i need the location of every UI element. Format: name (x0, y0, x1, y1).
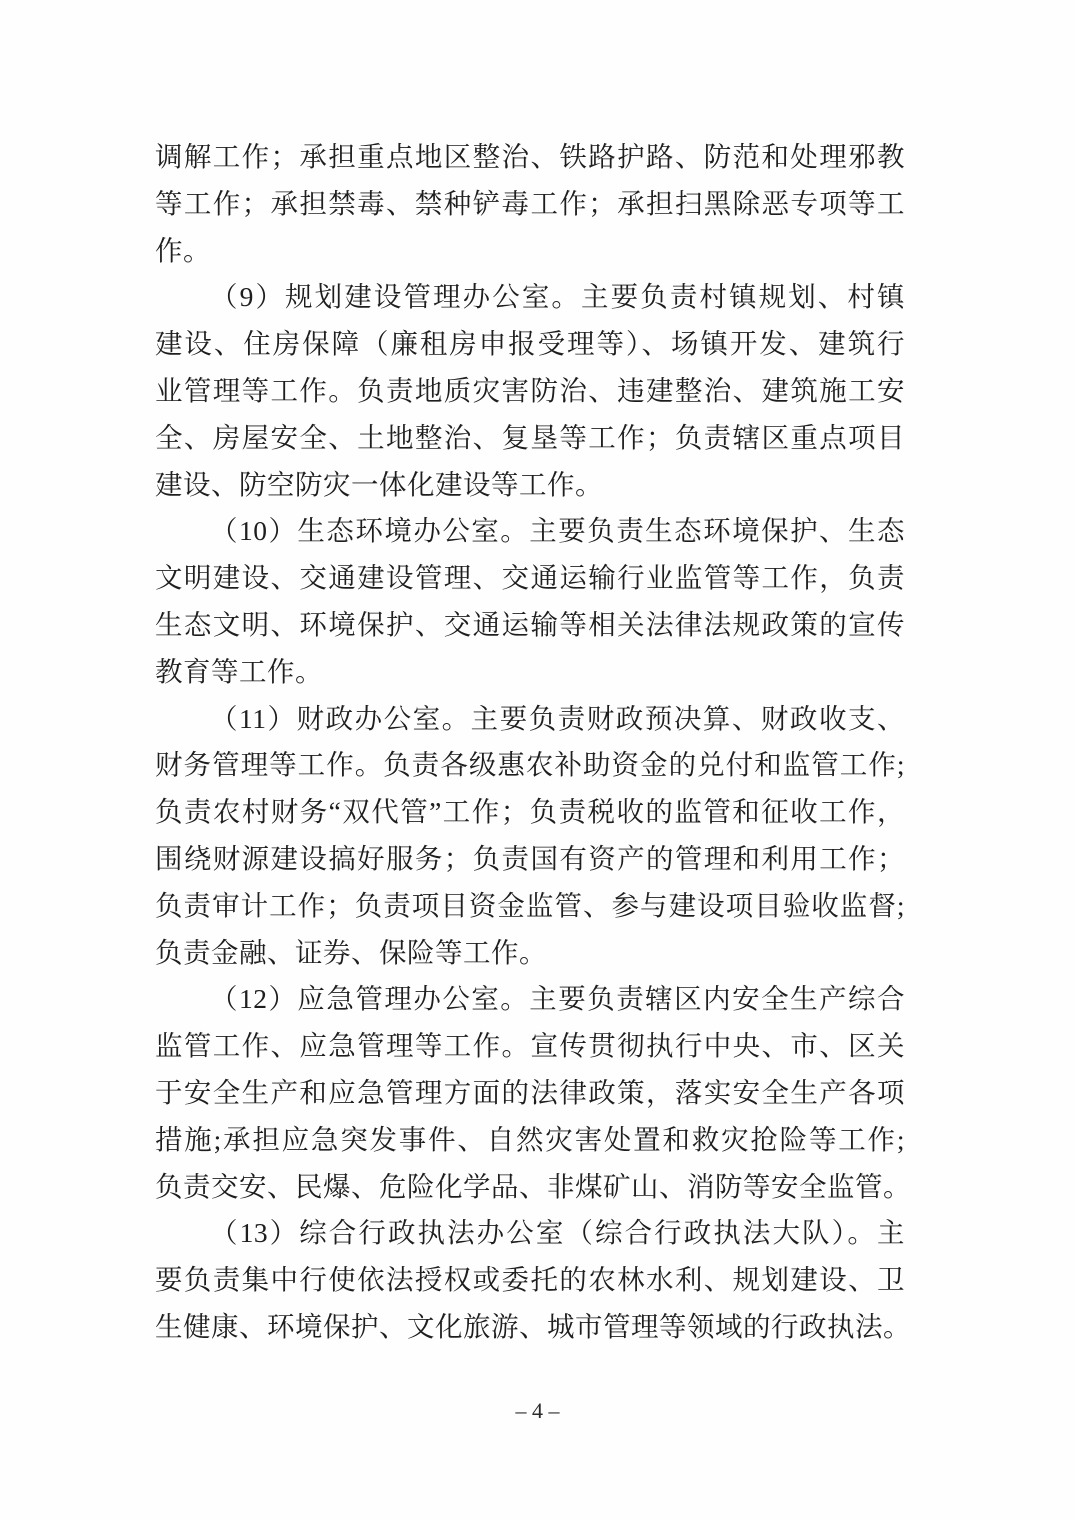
text-line: 等工作；承担禁毒、禁种铲毒工作；承担扫黑除恶专项等工 (155, 181, 905, 228)
text-line: 负责交安、民爆、危险化学品、非煤矿山、消防等安全监管。 (155, 1164, 905, 1211)
text-line: 负责农村财务“双代管”工作；负责税收的监管和征收工作， (155, 789, 905, 836)
text-line: 生态文明、环境保护、交通运输等相关法律法规政策的宣传 (155, 602, 905, 649)
text-line: 生健康、环境保护、文化旅游、城市管理等领域的行政执法。 (155, 1304, 905, 1351)
text-line: 于安全生产和应急管理方面的法律政策，落实安全生产各项 (155, 1070, 905, 1117)
text-line: （12）应急管理办公室。主要负责辖区内安全生产综合 (155, 976, 905, 1023)
text-line: 建设、住房保障（廉租房申报受理等）、场镇开发、建筑行 (155, 321, 905, 368)
text-line: （11）财政办公室。主要负责财政预决算、财政收支、 (155, 696, 905, 743)
text-line: 建设、防空防灾一体化建设等工作。 (155, 462, 905, 509)
paragraph-office-11-finance: （11）财政办公室。主要负责财政预决算、财政收支、 财务管理等工作。负责各级惠农… (155, 696, 905, 977)
paragraph-office-13-comprehensive-law-enforcement: （13）综合行政执法办公室（综合行政执法大队）。主 要负责集中行使依法授权或委托… (155, 1210, 905, 1350)
paragraph-office-12-emergency-management: （12）应急管理办公室。主要负责辖区内安全生产综合 监管工作、应急管理等工作。宣… (155, 976, 905, 1210)
text-line: 财务管理等工作。负责各级惠农补助资金的兑付和监管工作; (155, 742, 905, 789)
paragraph-office-9-planning-construction: （9）规划建设管理办公室。主要负责村镇规划、村镇 建设、住房保障（廉租房申报受理… (155, 274, 905, 508)
text-line: 调解工作；承担重点地区整治、铁路护路、防范和处理邪教 (155, 134, 905, 181)
text-line: 业管理等工作。负责地质灾害防治、违建整治、建筑施工安 (155, 368, 905, 415)
text-line: 作。 (155, 228, 905, 275)
text-line: （13）综合行政执法办公室（综合行政执法大队）。主 (155, 1210, 905, 1257)
paragraph-mediation-tail: 调解工作；承担重点地区整治、铁路护路、防范和处理邪教 等工作；承担禁毒、禁种铲毒… (155, 134, 905, 274)
text-line: （9）规划建设管理办公室。主要负责村镇规划、村镇 (155, 274, 905, 321)
text-line: 全、房屋安全、土地整治、复垦等工作；负责辖区重点项目 (155, 415, 905, 462)
text-line: 负责审计工作；负责项目资金监管、参与建设项目验收监督; (155, 883, 905, 930)
document-page: 调解工作；承担重点地区整治、铁路护路、防范和处理邪教 等工作；承担禁毒、禁种铲毒… (0, 0, 1075, 1520)
text-line: 教育等工作。 (155, 649, 905, 696)
text-line: 要负责集中行使依法授权或委托的农林水利、规划建设、卫 (155, 1257, 905, 1304)
text-line: （10）生态环境办公室。主要负责生态环境保护、生态 (155, 508, 905, 555)
text-line: 措施;承担应急突发事件、自然灾害处置和救灾抢险等工作; (155, 1117, 905, 1164)
text-line: 围绕财源建设搞好服务；负责国有资产的管理和利用工作； (155, 836, 905, 883)
text-line: 监管工作、应急管理等工作。宣传贯彻执行中央、市、区关 (155, 1023, 905, 1070)
document-body: 调解工作；承担重点地区整治、铁路护路、防范和处理邪教 等工作；承担禁毒、禁种铲毒… (155, 134, 905, 1351)
page-number: – 4 – (0, 1398, 1075, 1424)
paragraph-office-10-ecology-environment: （10）生态环境办公室。主要负责生态环境保护、生态 文明建设、交通建设管理、交通… (155, 508, 905, 695)
text-line: 负责金融、证券、保险等工作。 (155, 930, 905, 977)
text-line: 文明建设、交通建设管理、交通运输行业监管等工作，负责 (155, 555, 905, 602)
